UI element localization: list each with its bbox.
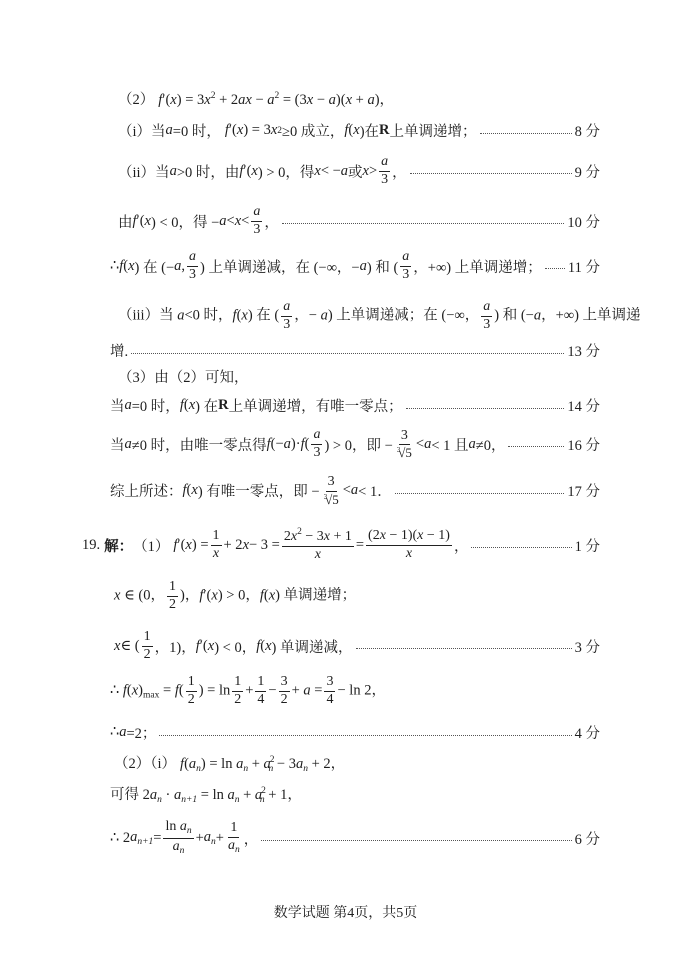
part-label: （2）（i） [114, 756, 176, 772]
score-label: 17 分 [567, 480, 600, 501]
score-label: 4 分 [575, 722, 600, 743]
q18-case-iii-cont-text: 增. [110, 340, 128, 361]
q18-case-ii-conclusion-text: ∴ f(x) 在 (−a,a3) 上单调递减，在 (−∞，− a) 和 (a3，… [110, 250, 542, 282]
leader-dots [159, 734, 571, 736]
leader-dots [480, 132, 572, 134]
q19-part1-interval-dec: x ∈ (12，1)，f′(x) < 0，f(x) 单调递减， 3 分 [114, 630, 600, 662]
q18-case-i: （i）当 a=0 时，f′(x) = 3x2≥0 成立，f(x)在 R 上单调递… [118, 120, 600, 141]
q19-part2-line3-text: ∴ 2an+1 =ln anan+ an +1an， [110, 820, 258, 857]
q19-part2-line1-text: （2）（i）f(an) = ln an + a2n − 3an + 2， [114, 752, 345, 774]
leader-dots [356, 647, 572, 649]
score-label: 9 分 [575, 161, 600, 182]
q19-part1-result-text: ∴a=2； [110, 722, 156, 743]
leader-dots [410, 172, 572, 174]
question-number: 19. [82, 537, 100, 554]
score-label: 10 分 [567, 211, 600, 232]
q18-case-iii: （iii）当 a<0 时，f(x) 在 (a3，− a) 上单调递减；在 (−∞… [118, 300, 641, 332]
q18-part3-case-zero-text: 当 a=0 时，f(x) 在 R 上单调递增，有唯一零点； [110, 395, 403, 416]
score-label: 11 分 [568, 256, 600, 277]
q18-part3-case-nonzero-text: 当 a≠0 时，由唯一零点得 f(−a)·f(a3) > 0，即 −33√5< … [110, 428, 505, 460]
q19-part1-interval-dec-text: x ∈ (12，1)，f′(x) < 0，f(x) 单调递减， [114, 630, 353, 662]
leader-dots [261, 839, 571, 841]
q18-case-ii-b-text: 由 f′(x) < 0，得 −a < x <a3， [118, 205, 279, 237]
leader-dots [471, 546, 571, 548]
leader-dots [282, 222, 565, 224]
q18-part3-case-zero: 当 a=0 时，f(x) 在 R 上单调递增，有唯一零点； 14 分 [110, 395, 600, 416]
leader-dots [395, 492, 565, 494]
score-label: 3 分 [575, 636, 600, 657]
score-label: 6 分 [575, 828, 600, 849]
leader-dots [406, 407, 565, 409]
q19-part1-derivative: 19.解：（1）f′(x) =1x+ 2x − 3 =2x2 − 3x + 1x… [82, 528, 600, 562]
leader-dots [508, 445, 564, 447]
q18-part3-summary: 综上所述：f(x) 有唯一零点，即 −33√5< a < 1． 17 分 [110, 475, 600, 506]
score-label: 1 分 [575, 535, 600, 556]
q19-part1-interval-inc: x ∈ (0，12)，f′(x) > 0，f(x) 单调递增； [114, 580, 356, 612]
q19-part1-max: ∴ f(x)max = f(12) = ln12+14−32+ a =34− l… [110, 675, 386, 707]
leader-dots [131, 352, 564, 354]
score-label: 14 分 [567, 395, 600, 416]
q19-part1-derivative-text: 19.解：（1）f′(x) =1x+ 2x − 3 =2x2 − 3x + 1x… [82, 528, 468, 562]
q19-part2-line2-text: 可得 2an · an+1 = ln an + a2n + 1， [110, 783, 302, 805]
q18-part2-intro-text: （2）f′(x) = 3x2 + 2ax − a2 = (3x − a)(x +… [118, 88, 394, 109]
q18-case-ii-b: 由 f′(x) < 0，得 −a < x <a3， 10 分 [118, 205, 600, 237]
q18-part3-intro-text: （3）由（2）可知， [118, 366, 249, 387]
q18-part3-summary-text: 综上所述：f(x) 有唯一零点，即 −33√5< a < 1． [110, 475, 392, 506]
score-label: 8 分 [575, 120, 600, 141]
score-label: 16 分 [567, 434, 600, 455]
q19-part2-line3: ∴ 2an+1 =ln anan+ an +1an， 6 分 [110, 820, 600, 857]
q18-case-iii-cont: 增. 13 分 [110, 340, 600, 361]
leader-dots [545, 267, 565, 269]
solution-label: 解： [104, 535, 133, 556]
q19-part2-line1: （2）（i）f(an) = ln an + a2n − 3an + 2， [114, 752, 345, 774]
q19-part1-result: ∴a=2； 4 分 [110, 722, 600, 743]
q18-part2-intro: （2）f′(x) = 3x2 + 2ax − a2 = (3x − a)(x +… [118, 88, 394, 109]
page-footer: 数学试题 第4页，共5页 [0, 902, 691, 922]
q18-part3-case-nonzero: 当 a≠0 时，由唯一零点得 f(−a)·f(a3) > 0，即 −33√5< … [110, 428, 600, 460]
q18-case-i-text: （i）当 a=0 时，f′(x) = 3x2≥0 成立，f(x)在 R 上单调递… [118, 120, 477, 141]
score-label: 13 分 [567, 340, 600, 361]
q18-case-iii-text: （iii）当 a<0 时，f(x) 在 (a3，− a) 上单调递减；在 (−∞… [118, 300, 641, 332]
q18-case-ii: （ii）当 a>0 时，由 f′(x) > 0，得 x < −a 或 x >a3… [118, 155, 600, 187]
q19-part1-interval-inc-text: x ∈ (0，12)，f′(x) > 0，f(x) 单调递增； [114, 580, 356, 612]
q18-part3-intro: （3）由（2）可知， [118, 366, 249, 387]
q18-case-ii-text: （ii）当 a>0 时，由 f′(x) > 0，得 x < −a 或 x >a3… [118, 155, 407, 187]
q19-part1-max-text: ∴ f(x)max = f(12) = ln12+14−32+ a =34− l… [110, 675, 386, 707]
q19-part2-line2: 可得 2an · an+1 = ln an + a2n + 1， [110, 783, 302, 805]
part-label: （1） [133, 535, 169, 556]
q18-case-ii-conclusion: ∴ f(x) 在 (−a,a3) 上单调递减，在 (−∞，− a) 和 (a3，… [110, 250, 600, 282]
